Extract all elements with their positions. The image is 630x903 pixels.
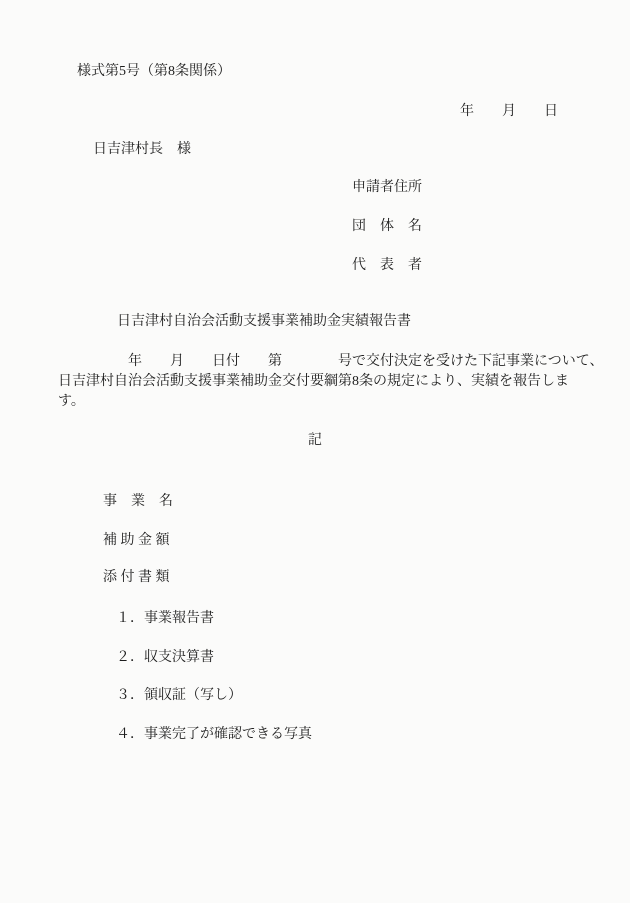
representative-label: 代 表 者 [352,258,422,274]
document-page: 様式第5号（第8条関係） 年 月 日 日吉津村長 様 申請者住所 団 体 名 代… [0,0,630,903]
addressee: 日吉津村長 様 [93,142,191,158]
form-number: 様式第5号（第8条関係） [77,64,231,80]
attachment-item: ４．事業完了が確認できる写真 [116,727,312,743]
field-label-attachments: 添 付 書 類 [103,570,170,586]
organization-name-label: 団 体 名 [352,219,422,235]
body-paragraph-line: す。 [58,394,85,410]
attachment-item: １．事業報告書 [116,611,214,627]
date-line: 年 月 日 [460,104,558,120]
field-label-project-name: 事 業 名 [103,494,173,510]
attachment-item: ３．領収証（写し） [116,688,242,704]
body-paragraph-line: 日吉津村自治会活動支援事業補助金交付要綱第8条の規定により、実績を報告しま [58,374,569,390]
applicant-address-label: 申請者住所 [352,180,422,196]
record-marker: 記 [0,433,630,449]
document-title: 日吉津村自治会活動支援事業補助金実績報告書 [117,314,411,330]
attachment-item: ２．収支決算書 [116,650,214,666]
field-label-subsidy-amount: 補 助 金 額 [103,533,170,549]
body-paragraph-line: 年 月 日付 第 号で交付決定を受けた下記事業について、 [58,354,603,370]
